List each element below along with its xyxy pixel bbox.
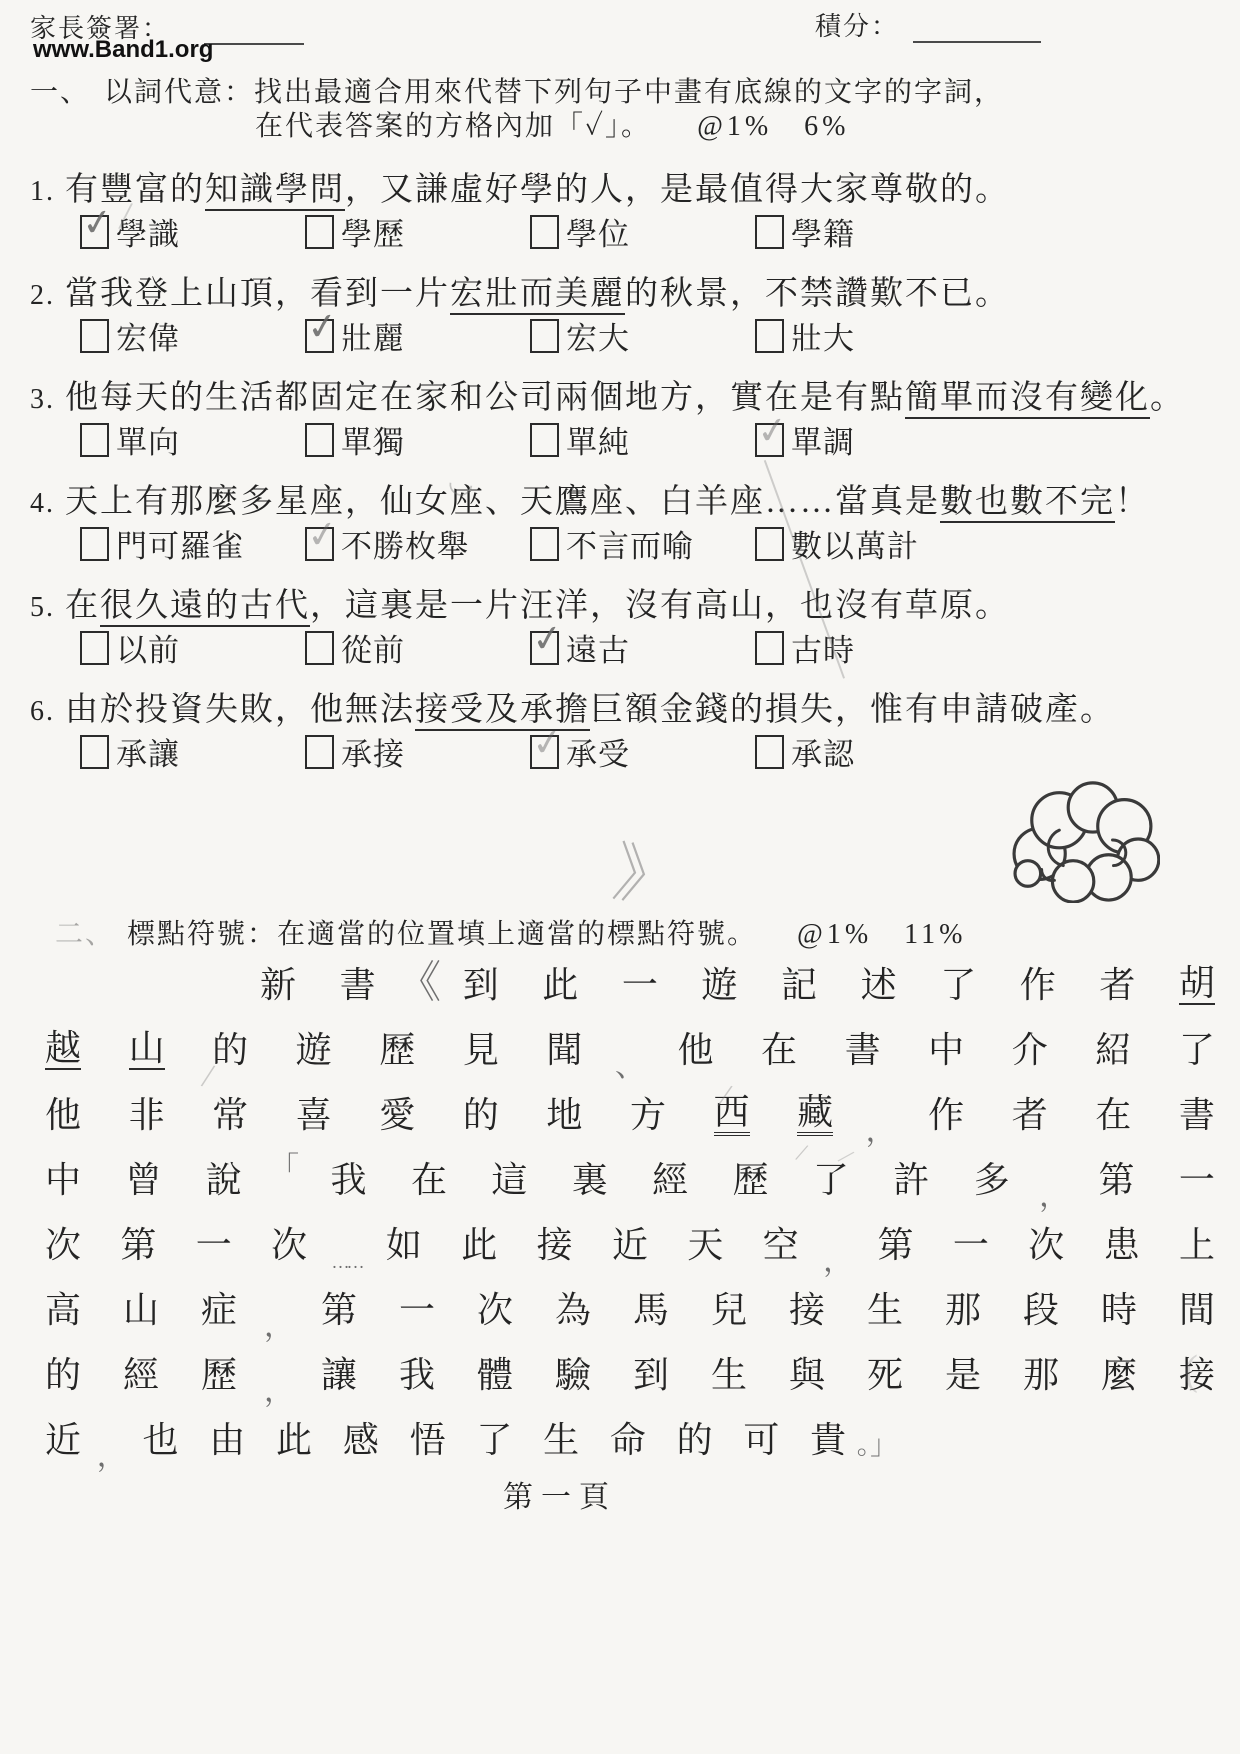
grid-char: 曾	[125, 1162, 161, 1198]
grid-char: 馬	[633, 1292, 669, 1328]
option-row: 單向單獨單純✓單調	[0, 417, 1240, 463]
punctuation-grid-row: 新書《到此一遊記述了作者胡	[45, 952, 1215, 1017]
grid-char: 經	[123, 1357, 159, 1393]
option-label: 學識	[116, 209, 180, 254]
answer-checkbox[interactable]: ✓	[755, 423, 784, 457]
grid-char: 為	[555, 1292, 591, 1328]
section1-title2: 在代表答案的方格內加「✓」。	[255, 111, 651, 142]
answer-checkbox[interactable]	[305, 735, 334, 769]
grid-char: 者	[1012, 1097, 1048, 1133]
grid-char: 此	[461, 1227, 497, 1263]
score-line[interactable]	[913, 19, 1041, 43]
grid-char: 到	[633, 1357, 669, 1393]
option-label: 數以萬計	[791, 521, 919, 566]
answer-option: 單向	[80, 417, 180, 462]
answer-option: 單獨	[305, 417, 405, 462]
grid-char: 麼	[1101, 1357, 1137, 1393]
grid-char: 生	[711, 1357, 747, 1393]
grid-char: 西	[714, 1094, 750, 1136]
grid-char: 近	[45, 1422, 81, 1458]
option-label: 不言而喻	[566, 521, 694, 566]
option-label: 宏偉	[116, 313, 180, 358]
answer-checkbox[interactable]: ✓	[530, 631, 559, 665]
grid-char: 驗	[555, 1357, 591, 1393]
question-number: 6.	[30, 696, 55, 727]
answer-checkbox[interactable]	[80, 631, 109, 665]
punctuation-grid-row: 的經歷，讓我體驗到生與死是那麼接	[45, 1342, 1215, 1407]
question-text: 有豐富的知識學問，又謙虛好學的人，是最值得大家尊敬的。	[65, 172, 1010, 211]
punctuation-grid: 新書《到此一遊記述了作者胡越山的遊歷見聞、他在書中介紹了他非常喜愛的地方西藏，作…	[45, 952, 1215, 1472]
answer-option: ✓承受	[530, 729, 630, 774]
option-label: 不勝枚舉	[341, 521, 469, 566]
grid-char: 聞	[546, 1032, 582, 1068]
answer-checkbox[interactable]	[755, 527, 784, 561]
grid-char: 愛	[379, 1097, 415, 1133]
grid-char: 在	[1095, 1097, 1131, 1133]
grid-char: 天	[687, 1227, 723, 1263]
grid-char: 了	[813, 1162, 849, 1198]
grid-char: 他	[45, 1097, 81, 1133]
option-label: 壯麗	[341, 313, 405, 358]
grid-char: 中	[928, 1032, 964, 1068]
grid-char: 段	[1023, 1292, 1059, 1328]
question-number: 4.	[30, 488, 55, 519]
grid-char: 書	[340, 967, 376, 1003]
answer-checkbox[interactable]	[305, 631, 334, 665]
punctuation-grid-row: 近，也由此感悟了生命的可貴。」	[45, 1407, 1215, 1472]
answer-checkbox[interactable]	[80, 319, 109, 353]
grid-char: 患	[1104, 1227, 1140, 1263]
grid-char: 山	[123, 1292, 159, 1328]
grid-char: 作	[1020, 967, 1056, 1003]
grid-char: 在	[411, 1162, 447, 1198]
option-label: 單純	[566, 417, 630, 462]
answer-option: 門可羅雀	[80, 521, 244, 566]
grid-char: 說	[206, 1162, 242, 1198]
grid-char: 藏	[797, 1094, 833, 1136]
section1-number: 一、	[30, 77, 90, 108]
option-row: ✓學識學歷學位學籍	[0, 209, 1240, 255]
grid-char: 越	[45, 1030, 81, 1070]
grid-char: 到	[463, 967, 499, 1003]
answer-checkbox[interactable]	[755, 215, 784, 249]
answer-checkbox[interactable]: ✓	[305, 527, 334, 561]
answer-option: 古時	[755, 625, 855, 670]
grid-char: 新	[260, 967, 296, 1003]
grid-char: 地	[546, 1097, 582, 1133]
grid-char: 書	[1179, 1097, 1215, 1133]
question-number: 1.	[30, 176, 55, 207]
grid-char: 遊	[296, 1032, 332, 1068]
grid-char: 喜	[296, 1097, 332, 1133]
option-label: 承受	[566, 729, 630, 774]
option-label: 學位	[566, 209, 630, 254]
answer-option: 學歷	[305, 209, 405, 254]
grid-char: 常	[212, 1097, 248, 1133]
grid-char: 一	[1179, 1162, 1215, 1198]
grid-char: 悟	[410, 1422, 446, 1458]
grid-char: 我	[399, 1357, 435, 1393]
grid-char: 第	[877, 1227, 913, 1263]
section2-heading: 二、標點符號：在適當的位置填上適當的標點符號。@1% 11%	[55, 912, 966, 952]
grid-char: 述	[861, 967, 897, 1003]
answer-checkbox[interactable]	[305, 423, 334, 457]
section1-heading-line2: 在代表答案的方格內加「✓」。@1% 6%	[255, 104, 850, 144]
question-sentence: 6.由於投資失敗，他無法接受及承擔巨額金錢的損失，惟有申請破產。	[30, 683, 1115, 730]
option-label: 承認	[791, 729, 855, 774]
question-sentence: 4.天上有那麼多星座，仙女座、天鷹座、白羊座……當真是數也數不完！	[30, 475, 1150, 522]
grid-char: 的	[677, 1422, 713, 1458]
underlined-phrase: 宏壯而美麗	[450, 276, 625, 315]
question-text: 天上有那麼多星座，仙女座、天鷹座、白羊座……當真是數也數不完！	[65, 484, 1150, 523]
grid-char: 命	[610, 1422, 646, 1458]
option-label: 遠古	[566, 625, 630, 670]
grid-char: 許	[893, 1162, 929, 1198]
grid-char: 遊	[701, 967, 737, 1003]
page-footer: 第一頁	[460, 1472, 660, 1516]
question-text: 他每天的生活都固定在家和公司兩個地方，實在是有點簡單而沒有變化。	[65, 380, 1185, 419]
answer-checkbox[interactable]: ✓	[80, 215, 109, 249]
answer-option: 以前	[80, 625, 180, 670]
punctuation-grid-row: 中曾說「我在這裏經歷了許多，第一	[45, 1147, 1215, 1212]
grid-char: 在	[761, 1032, 797, 1068]
grid-char: 一	[399, 1292, 435, 1328]
answer-option: ✓遠古	[530, 625, 630, 670]
underlined-phrase: 很久遠的古代	[100, 588, 310, 627]
punctuation-grid-row: 次第一次……如此接近天空，第一次患上	[45, 1212, 1215, 1277]
grid-char: 貴	[810, 1422, 846, 1458]
option-label: 宏大	[566, 313, 630, 358]
question-sentence: 3.他每天的生活都固定在家和公司兩個地方，實在是有點簡單而沒有變化。	[30, 371, 1185, 418]
answer-checkbox[interactable]: ✓	[530, 735, 559, 769]
grid-char: 可	[743, 1422, 779, 1458]
grid-char: 上	[1179, 1227, 1215, 1263]
answer-option: 承認	[755, 729, 855, 774]
grid-char: 中	[45, 1162, 81, 1198]
answer-checkbox[interactable]	[530, 527, 559, 561]
grid-char: 讓	[321, 1357, 357, 1393]
grid-char: 的	[212, 1032, 248, 1068]
grid-char: 高	[45, 1292, 81, 1328]
underlined-phrase: 簡單而沒有變化	[905, 380, 1150, 419]
grid-char: 次	[1028, 1227, 1064, 1263]
option-label: 門可羅雀	[116, 521, 244, 566]
question-number: 3.	[30, 384, 55, 415]
answer-option: ✓壯麗	[305, 313, 405, 358]
grid-char: 他	[677, 1032, 713, 1068]
parent-signature-line[interactable]	[204, 21, 304, 45]
grid-char: 此	[542, 967, 578, 1003]
grid-char: 胡	[1179, 965, 1215, 1005]
answer-option: 學位	[530, 209, 630, 254]
grid-char: 空	[763, 1227, 799, 1263]
grid-char: 一	[953, 1227, 989, 1263]
punctuation-grid-row: 越山的遊歷見聞、他在書中介紹了	[45, 1017, 1215, 1082]
option-row: 宏偉✓壯麗宏大壯大	[0, 313, 1240, 359]
underlined-phrase: 接受及承擔	[415, 692, 590, 731]
grid-char: 次	[45, 1227, 81, 1263]
grid-char: 第	[1098, 1162, 1134, 1198]
grid-char: 了	[1179, 1032, 1215, 1068]
grid-char: 紹	[1095, 1032, 1131, 1068]
grid-char: 症	[201, 1292, 237, 1328]
answer-checkbox[interactable]	[530, 423, 559, 457]
grid-char: 時	[1101, 1292, 1137, 1328]
grid-char: 死	[867, 1357, 903, 1393]
question-text: 由於投資失敗，他無法接受及承擔巨額金錢的損失，惟有申請破產。	[65, 692, 1115, 731]
question-sentence: 1.有豐富的知識學問，又謙虛好學的人，是最值得大家尊敬的。	[30, 163, 1010, 210]
grid-char: 也	[143, 1422, 179, 1458]
grid-char: 歷	[733, 1162, 769, 1198]
grid-char: 那	[1023, 1357, 1059, 1393]
answer-checkbox[interactable]	[530, 215, 559, 249]
question-number: 5.	[30, 592, 55, 623]
option-label: 學籍	[791, 209, 855, 254]
grid-char: 次	[271, 1227, 307, 1263]
option-label: 單調	[791, 417, 855, 462]
grid-char: 的	[45, 1357, 81, 1393]
section2-number: 二、	[55, 919, 115, 950]
grid-char: 多	[974, 1162, 1010, 1198]
cloud-doodle	[1002, 775, 1160, 903]
option-label: 承接	[341, 729, 405, 774]
answer-option: ✓不勝枚舉	[305, 521, 469, 566]
grid-char: 生	[543, 1422, 579, 1458]
question-sentence: 5.在很久遠的古代，這裏是一片汪洋，沒有高山，也沒有草原。	[30, 579, 1010, 626]
grid-char: 兒	[711, 1292, 747, 1328]
section1-marks: @1% 6%	[697, 111, 849, 142]
answer-option: 數以萬計	[755, 521, 919, 566]
answer-checkbox[interactable]	[80, 527, 109, 561]
grid-char: 經	[652, 1162, 688, 1198]
option-row: 承讓承接✓承受承認	[0, 729, 1240, 775]
underlined-phrase: 數也數不完	[940, 484, 1115, 523]
grid-char: 是	[945, 1357, 981, 1393]
grid-char: 非	[129, 1097, 165, 1133]
option-row: 門可羅雀✓不勝枚舉不言而喻數以萬計	[0, 521, 1240, 567]
answer-option: 學籍	[755, 209, 855, 254]
grid-char: 體	[477, 1357, 513, 1393]
option-label: 從前	[341, 625, 405, 670]
grid-char: 了	[940, 967, 976, 1003]
grid-char: 間	[1179, 1292, 1215, 1328]
grid-char: 記	[781, 967, 817, 1003]
grid-char: 那	[945, 1292, 981, 1328]
answer-checkbox[interactable]	[80, 735, 109, 769]
option-label: 壯大	[791, 313, 855, 358]
watermark: www.Band1.org	[33, 36, 213, 64]
section2-title: 標點符號：在適當的位置填上適當的標點符號。	[127, 919, 757, 950]
pencil-stray-mark: 》	[609, 841, 683, 915]
answer-checkbox[interactable]	[755, 631, 784, 665]
grid-char: 如	[386, 1227, 422, 1263]
answer-option: 單純	[530, 417, 630, 462]
worksheet-page: 家長簽署： 積分： www.Band1.org 一、以詞代意：找出最適合用來代替…	[0, 0, 1240, 1754]
grid-char: 見	[463, 1032, 499, 1068]
answer-option: 宏大	[530, 313, 630, 358]
grid-char: 裏	[572, 1162, 608, 1198]
question-number: 2.	[30, 280, 55, 311]
option-label: 單向	[116, 417, 180, 462]
grid-char: 生	[867, 1292, 903, 1328]
option-label: 以前	[116, 625, 180, 670]
punctuation-grid-row: 高山症，第一次為馬兒接生那段時間	[45, 1277, 1215, 1342]
answer-checkbox[interactable]	[80, 423, 109, 457]
answer-option: 壯大	[755, 313, 855, 358]
grid-char: 歷	[379, 1032, 415, 1068]
grid-char: 接	[789, 1292, 825, 1328]
grid-char: 者	[1099, 967, 1135, 1003]
grid-char: 作	[928, 1097, 964, 1133]
answer-option: ✓單調	[755, 417, 855, 462]
answer-checkbox[interactable]	[305, 215, 334, 249]
question-text: 當我登上山頂，看到一片宏壯而美麗的秋景，不禁讚歎不已。	[65, 276, 1010, 315]
answer-checkbox[interactable]: ✓	[305, 319, 334, 353]
answer-checkbox[interactable]	[530, 319, 559, 353]
grid-char: 這	[491, 1162, 527, 1198]
grid-char: 山	[129, 1030, 165, 1070]
grid-char: 與	[789, 1357, 825, 1393]
grid-char: 此	[276, 1422, 312, 1458]
option-row: 以前從前✓遠古古時	[0, 625, 1240, 671]
answer-option: 不言而喻	[530, 521, 694, 566]
grid-char: 近	[612, 1227, 648, 1263]
grid-char: 次	[477, 1292, 513, 1328]
answer-option: 承接	[305, 729, 405, 774]
grid-char: 方	[630, 1097, 666, 1133]
option-label: 承讓	[116, 729, 180, 774]
answer-checkbox[interactable]	[755, 319, 784, 353]
question-sentence: 2.當我登上山頂，看到一片宏壯而美麗的秋景，不禁讚歎不已。	[30, 267, 1010, 314]
question-text: 在很久遠的古代，這裏是一片汪洋，沒有高山，也沒有草原。	[65, 588, 1010, 627]
grid-char: 介	[1012, 1032, 1048, 1068]
option-label: 古時	[791, 625, 855, 670]
grid-char: 一	[622, 967, 658, 1003]
option-label: 學歷	[341, 209, 405, 254]
answer-checkbox[interactable]	[755, 735, 784, 769]
answer-option: ✓學識	[80, 209, 180, 254]
grid-char: 一	[196, 1227, 232, 1263]
grid-char: 接	[1179, 1357, 1215, 1393]
grid-char: 第	[321, 1292, 357, 1328]
score-label: 積分：	[815, 12, 899, 41]
section2-marks: @1% 11%	[797, 919, 966, 950]
grid-char: 第	[120, 1227, 156, 1263]
answer-option: 從前	[305, 625, 405, 670]
grid-char: 我	[331, 1162, 367, 1198]
grid-char: 由	[209, 1422, 245, 1458]
underlined-phrase: 知識學問	[205, 172, 345, 211]
grid-char: 書	[845, 1032, 881, 1068]
answer-option: 宏偉	[80, 313, 180, 358]
option-label: 單獨	[341, 417, 405, 462]
grid-char: 歷	[201, 1357, 237, 1393]
grid-char: 了	[476, 1422, 512, 1458]
answer-option: 承讓	[80, 729, 180, 774]
score-field: 積分：	[815, 6, 1041, 43]
grid-char: 感	[343, 1422, 379, 1458]
grid-char: 接	[537, 1227, 573, 1263]
grid-char: 的	[463, 1097, 499, 1133]
punctuation-grid-row: 他非常喜愛的地方西藏，作者在書	[45, 1082, 1215, 1147]
